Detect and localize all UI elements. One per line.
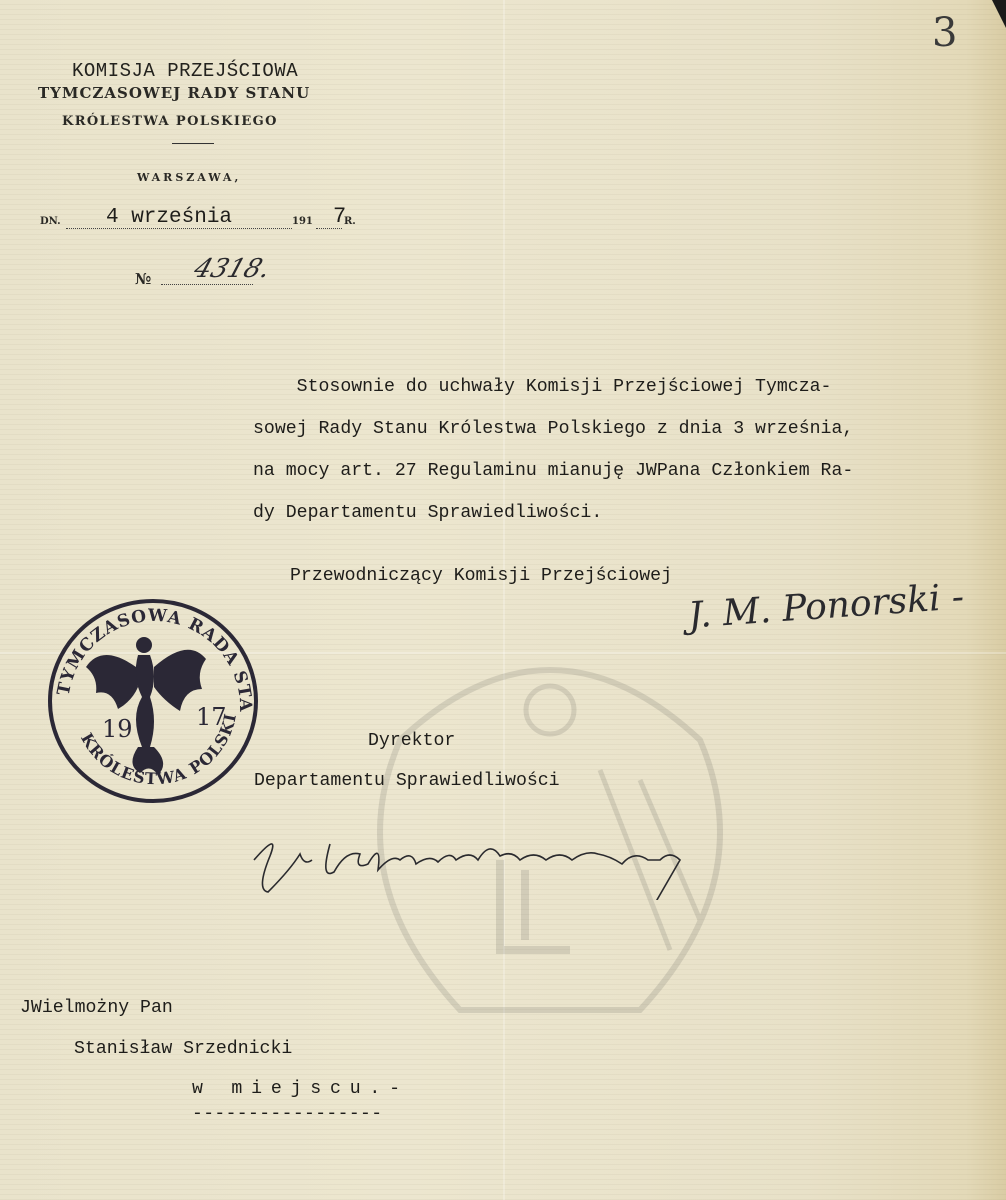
- reference-number-field: № 4318.: [135, 252, 265, 292]
- paper-fold-vertical: [503, 0, 505, 1200]
- addressee-name: Stanisław Srzednicki: [74, 1039, 292, 1059]
- reference-number: 4318.: [190, 254, 274, 284]
- letterhead-city: WARSZAWA,: [137, 171, 241, 184]
- date-field: DN. 4 września 191 7 R.: [40, 204, 360, 232]
- signatory2-title-line1: Dyrektor: [368, 731, 455, 751]
- signatory2-title-line2: Departamentu Sprawiedliwości: [254, 771, 560, 791]
- date-prefix: DN.: [40, 216, 61, 227]
- addressee-location: w miejscu.-: [192, 1079, 409, 1099]
- letterhead-divider: [172, 143, 214, 144]
- body-line: sowej Rady Stanu Królestwa Polskiego z d…: [253, 408, 853, 450]
- body-paragraph: Stosownie do uchwały Komisji Przejściowe…: [253, 366, 853, 534]
- page-number: 3: [932, 10, 957, 56]
- letterhead-line1: KOMISJA PRZEJŚCIOWA: [72, 60, 298, 82]
- seal-year-left: 19: [102, 715, 133, 743]
- seal-year-right: 17: [196, 703, 227, 731]
- date-suffix: R.: [344, 216, 356, 227]
- body-line: dy Departamentu Sprawiedliwości.: [253, 492, 853, 534]
- letterhead-line2: TYMCZASOWEJ RADY STANU: [38, 84, 310, 102]
- date-year-prefix: 191: [292, 216, 313, 227]
- official-seal-icon: TYMCZASOWA RADA STANU KRÓLESTWA POLSKIEG…: [46, 597, 260, 805]
- addressee-salutation: JWielmożny Pan: [20, 998, 173, 1018]
- scan-corner-shadow: [992, 0, 1006, 28]
- date-day-month: 4 września: [106, 206, 232, 229]
- signature-director: [250, 820, 750, 900]
- body-line: na mocy art. 27 Regulaminu mianuję JWPan…: [253, 450, 853, 492]
- number-sign: №: [135, 270, 151, 288]
- body-line: Stosownie do uchwały Komisji Przejściowe…: [253, 366, 853, 408]
- number-dotted-line: [161, 284, 253, 285]
- addressee-underline: -----------------: [192, 1104, 382, 1124]
- signatory1-title: Przewodniczący Komisji Przejściowej: [290, 566, 672, 586]
- letterhead-line3: KRÓLESTWA POLSKIEGO: [62, 114, 278, 129]
